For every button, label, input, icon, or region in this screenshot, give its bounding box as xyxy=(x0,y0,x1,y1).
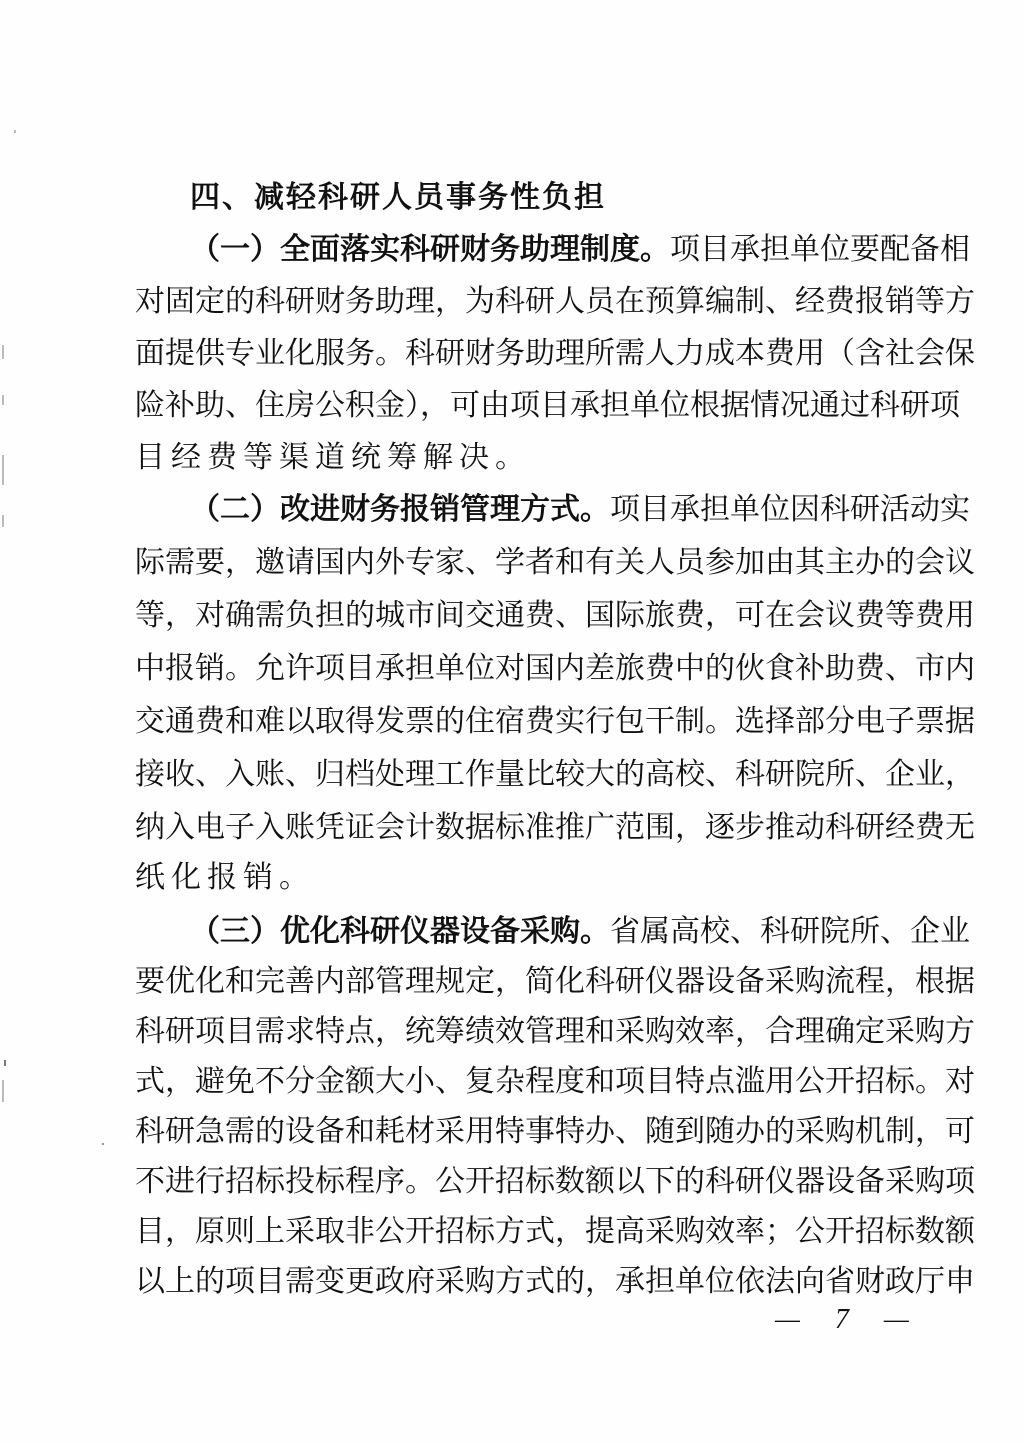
scan-speck xyxy=(2,1080,4,1102)
text-line: 面提供专业化服务。科研财务助理所需人力成本费用（含社会保 xyxy=(135,334,888,374)
scan-speck xyxy=(102,1143,104,1145)
text-line: 接收、入账、归档处理工作量比较大的高校、科研院所、企业， xyxy=(135,755,888,795)
section-heading: 四、减轻科研人员事务性负担 xyxy=(190,178,606,218)
text-line: 交通费和难以取得发票的住宿费实行包干制。选择部分电子票据 xyxy=(135,702,888,742)
text-line: 科研项目需求特点，统筹绩效管理和采购效率，合理确定采购方 xyxy=(135,1012,888,1052)
text-line: 目经费等渠道统筹解决。 xyxy=(135,438,888,478)
text-line: 项目承担单位要配备相 xyxy=(670,232,970,267)
text-line: 等，对确需负担的城市间交通费、国际旅费，可在会议费等费用 xyxy=(135,596,888,636)
scan-speck xyxy=(2,455,4,485)
text-line: 险补助、住房公积金），可由项目承担单位根据情况通过科研项 xyxy=(135,386,888,426)
text-line: 中报销。允许项目承担单位对国内差旅费中的伙食补助费、市内 xyxy=(135,649,888,689)
page-number: — 7 — xyxy=(775,1302,923,1338)
subheading-2: （二）改进财务报销管理方式。 xyxy=(190,492,610,527)
subheading-1: （一）全面落实科研财务助理制度。 xyxy=(190,232,670,267)
text-line: 纸化报销。 xyxy=(135,858,888,898)
text-line: 对固定的科研财务助理，为科研人员在预算编制、经费报销等方 xyxy=(135,282,888,322)
subheading-3: （三）优化科研仪器设备采购。 xyxy=(190,914,610,949)
paragraph-1-first-line: （一）全面落实科研财务助理制度。项目承担单位要配备相 xyxy=(190,230,888,270)
scan-speck xyxy=(2,515,4,527)
text-line: 纳入电子入账凭证会计数据标准推广范围，逐步推动科研经费无 xyxy=(135,808,888,848)
text-line: 以上的项目需变更政府采购方式的，承担单位依法向省财政厅申 xyxy=(135,1262,888,1302)
scan-speck xyxy=(2,345,4,359)
text-line: 项目承担单位因科研活动实 xyxy=(610,492,970,527)
text-line: 要优化和完善内部管理规定，简化科研仪器设备采购流程，根据 xyxy=(135,962,888,1002)
scan-speck xyxy=(14,130,16,133)
text-line: 省属高校、科研院所、企业 xyxy=(610,914,970,949)
text-line: 不进行招标投标程序。公开招标数额以下的科研仪器设备采购项 xyxy=(135,1162,888,1202)
text-line: 目，原则上采取非公开招标方式，提高采购效率；公开招标数额 xyxy=(135,1212,888,1252)
paragraph-2-first-line: （二）改进财务报销管理方式。项目承担单位因科研活动实 xyxy=(190,490,888,530)
text-line: 式，避免不分金额大小、复杂程度和项目特点滥用公开招标。对 xyxy=(135,1062,888,1102)
scan-speck xyxy=(2,395,4,405)
scan-speck xyxy=(4,1060,6,1066)
text-line: 际需要，邀请国内外专家、学者和有关人员参加由其主办的会议 xyxy=(135,543,888,583)
document-page: 四、减轻科研人员事务性负担 （一）全面落实科研财务助理制度。项目承担单位要配备相… xyxy=(0,0,1024,1443)
text-line: 科研急需的设备和耗材采用特事特办、随到随办的采购机制，可 xyxy=(135,1112,888,1152)
paragraph-3-first-line: （三）优化科研仪器设备采购。省属高校、科研院所、企业 xyxy=(190,912,888,952)
